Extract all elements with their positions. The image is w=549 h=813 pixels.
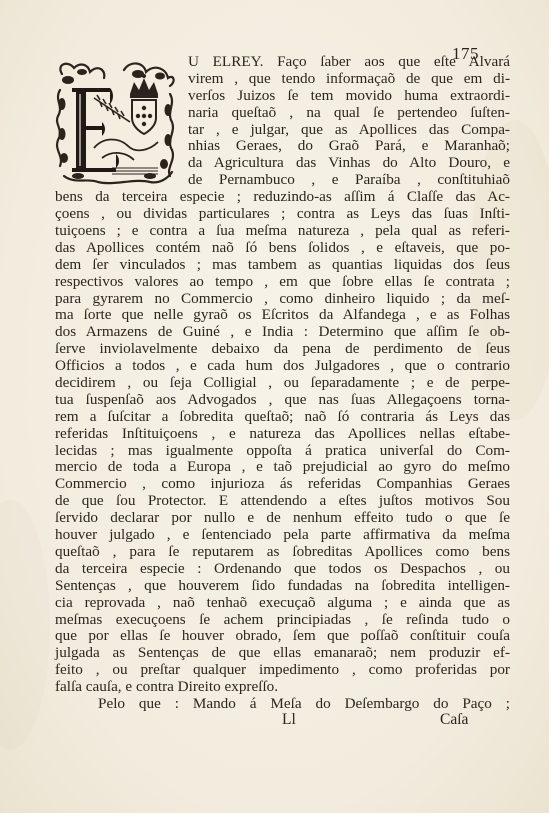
paper-stain: [0, 500, 50, 750]
catchword: Caſa: [440, 711, 468, 729]
ornamental-initial-e-icon: [54, 60, 176, 186]
document-page: 175: [0, 0, 549, 813]
signature-mark: Ll: [282, 711, 296, 729]
